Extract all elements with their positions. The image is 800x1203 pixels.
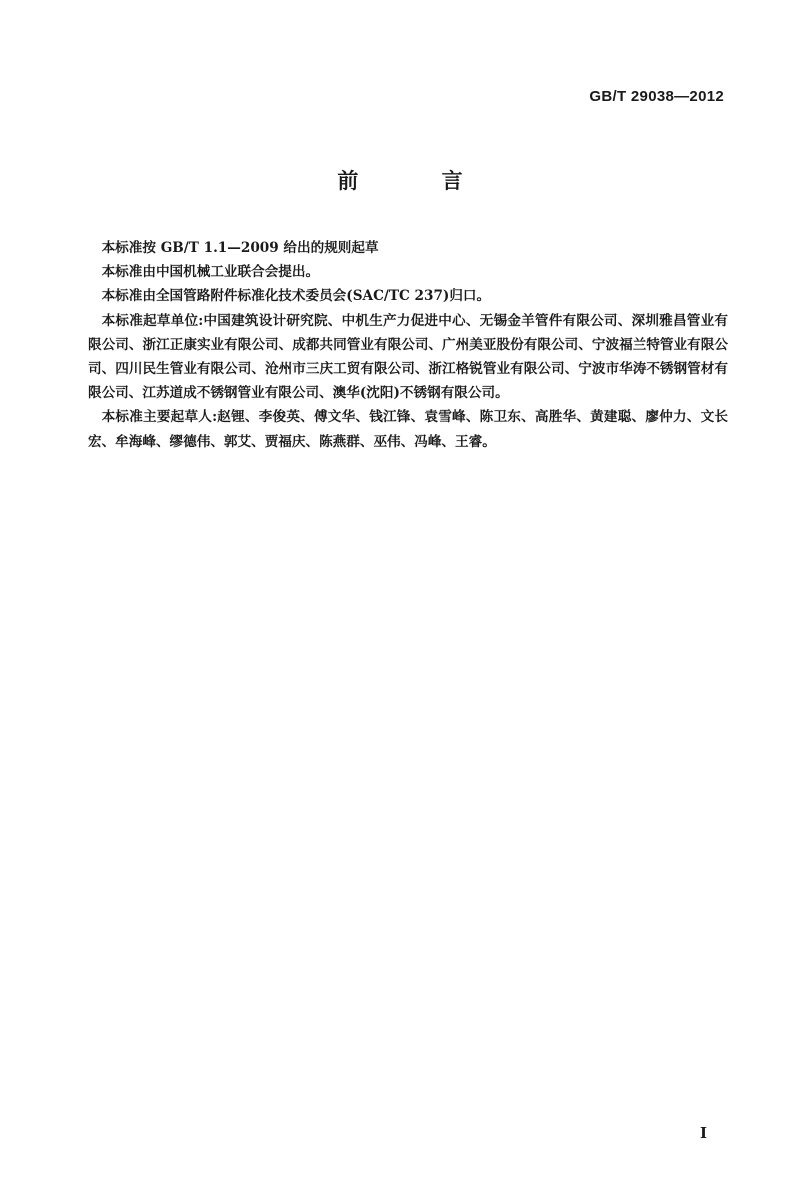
page-number: I bbox=[700, 1124, 707, 1142]
paragraph-drafting-units: 本标准起草单位:中国建筑设计研究院、中机生产力促进中心、无锡金羊管件有限公司、深… bbox=[88, 309, 728, 406]
paragraph-proposed-by: 本标准由中国机械工业联合会提出。 bbox=[88, 260, 728, 284]
paragraph-under-jurisdiction: 本标准由全国管路附件标准化技术委员会(SAC/TC 237)归口。 bbox=[88, 284, 728, 308]
standard-code: GB/T 29038—2012 bbox=[589, 88, 724, 105]
paragraph-drafters: 本标准主要起草人:赵锂、李俊英、傅文华、钱江锋、袁雪峰、陈卫东、高胜华、黄建聪、… bbox=[88, 405, 728, 453]
page-title: 前 言 bbox=[0, 165, 800, 195]
foreword-body: 本标准按 GB/T 1.1—2009 给出的规则起草 本标准由中国机械工业联合会… bbox=[88, 236, 728, 454]
paragraph-drafting-rules: 本标准按 GB/T 1.1—2009 给出的规则起草 bbox=[88, 236, 728, 260]
